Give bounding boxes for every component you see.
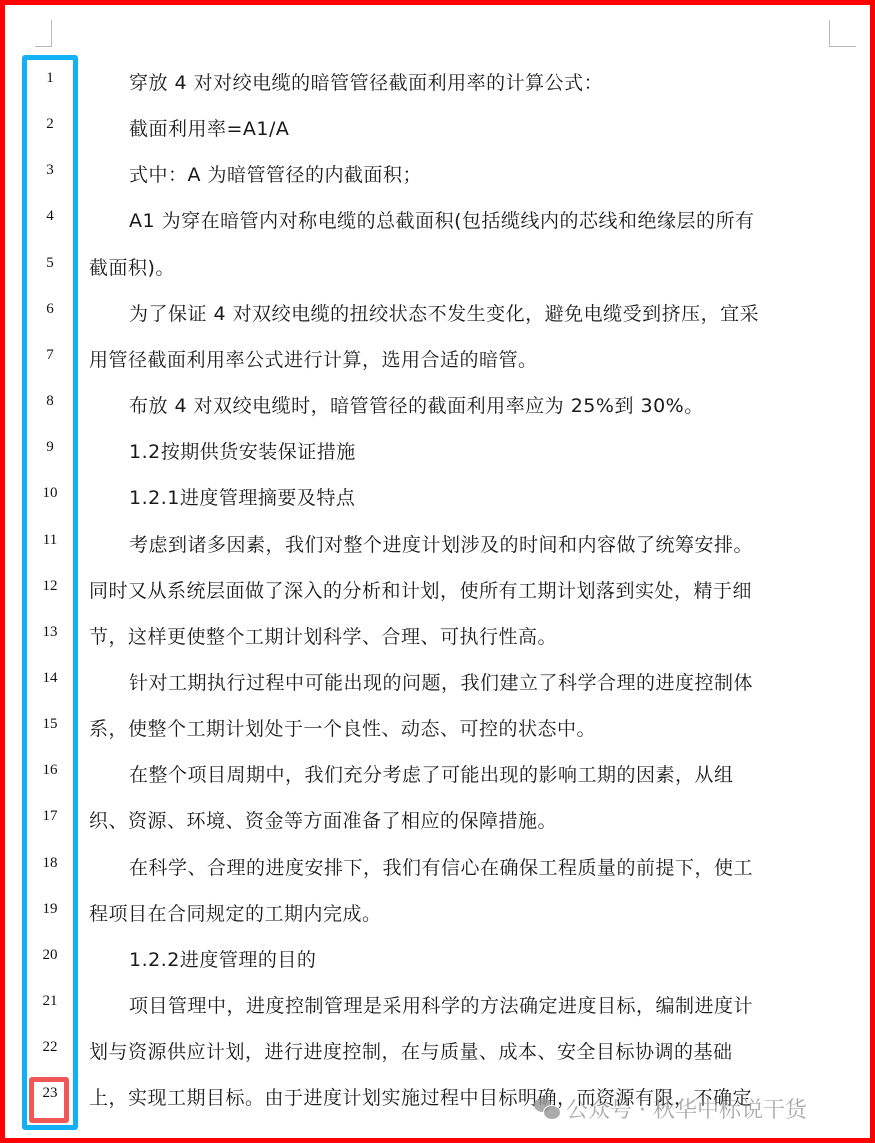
document-text-line: 考虑到诸多因素，我们对整个进度计划涉及的时间和内容做了统筹安排。: [129, 530, 753, 557]
line-number: 15: [22, 716, 78, 733]
document-text-line: 节，这样更使整个工期计划科学、合理、可执行性高。: [89, 622, 557, 649]
document-text-line: 在整个项目周期中，我们充分考虑了可能出现的影响工期的因素，从组: [129, 760, 734, 787]
document-text-line: 系，使整个工期计划处于一个良性、动态、可控的状态中。: [89, 714, 596, 741]
page-corner-mark-top-left: [35, 20, 52, 47]
line-number: 18: [22, 855, 78, 872]
line-number: 17: [22, 808, 78, 825]
line-number: 22: [22, 1039, 78, 1056]
line-number: 14: [22, 670, 78, 687]
watermark: 公众号 · 秋华中标说干货: [534, 1093, 807, 1124]
line-number: 11: [22, 532, 78, 549]
document-text-line: 项目管理中，进度控制管理是采用科学的方法确定进度目标，编制进度计: [129, 991, 753, 1018]
watermark-text: 公众号 · 秋华中标说干货: [566, 1093, 807, 1124]
line-number: 13: [22, 624, 78, 641]
line-number: 20: [22, 947, 78, 964]
line-number: 2: [22, 116, 78, 133]
line-number: 6: [22, 301, 78, 318]
document-text-line: 1.2.1进度管理摘要及特点: [129, 483, 355, 510]
line-number: 21: [22, 993, 78, 1010]
document-text-line: 为了保证 4 对双绞电缆的扭绞状态不发生变化，避免电缆受到挤压，宜采: [129, 299, 759, 326]
line-number: 23: [22, 1085, 78, 1102]
document-text-line: 1.2.2进度管理的目的: [129, 945, 316, 972]
wechat-icon: [534, 1098, 560, 1120]
page-corner-mark-top-right: [829, 20, 856, 47]
line-number: 1: [22, 70, 78, 87]
document-text-line: 用管径截面利用率公式进行计算，选用合适的暗管。: [89, 345, 538, 372]
document-text-line: A1 为穿在暗管内对称电缆的总截面积(包括缆线内的芯线和绝缘层的所有: [129, 206, 755, 233]
line-number: 3: [22, 162, 78, 179]
document-text-line: 穿放 4 对对绞电缆的暗管管径截面利用率的计算公式：: [129, 68, 603, 95]
document-text-line: 截面积)。: [89, 253, 175, 280]
document-text-line: 针对工期执行过程中可能出现的问题，我们建立了科学合理的进度控制体: [129, 668, 753, 695]
line-number: 12: [22, 578, 78, 595]
line-number: 16: [22, 762, 78, 779]
document-text-line: 1.2按期供货安装保证措施: [129, 437, 356, 464]
document-text-line: 划与资源供应计划，进行进度控制，在与质量、成本、安全目标协调的基础: [89, 1037, 733, 1064]
document-text-line: 织、资源、环境、资金等方面准备了相应的保障措施。: [89, 806, 557, 833]
document-text-line: 截面利用率=A1/A: [129, 114, 289, 141]
line-number: 8: [22, 393, 78, 410]
line-number: 9: [22, 439, 78, 456]
line-number: 4: [22, 208, 78, 225]
line-number: 5: [22, 255, 78, 272]
document-text-line: 在科学、合理的进度安排下，我们有信心在确保工程质量的前提下，使工: [129, 853, 753, 880]
line-number: 10: [22, 485, 78, 502]
document-text-line: 式中：A 为暗管管径的内截面积；: [129, 160, 422, 187]
document-text-line: 布放 4 对双绞电缆时，暗管管径的截面利用率应为 25%到 30%。: [129, 391, 704, 418]
line-number: 7: [22, 347, 78, 364]
document-text-line: 程项目在合同规定的工期内完成。: [89, 899, 382, 926]
document-text-line: 同时又从系统层面做了深入的分析和计划，使所有工期计划落到实处，精于细: [89, 576, 752, 603]
line-number: 19: [22, 901, 78, 918]
